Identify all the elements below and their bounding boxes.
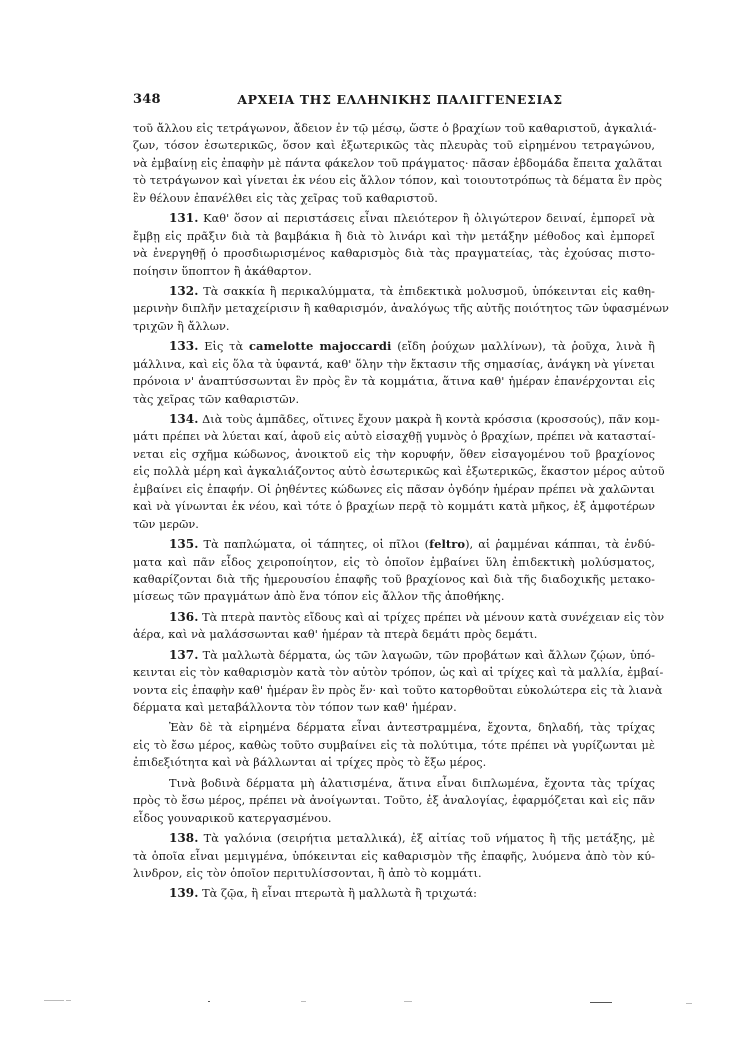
paragraph-number: 138. xyxy=(169,831,198,845)
text-line: ἓν θέλουν ἐπανέλθει εἰς τὰς χεῖρας τοῦ κ… xyxy=(133,190,655,207)
text-line: ματα καὶ πᾶν εἶδος χειροποίητον, εἰς τὸ … xyxy=(133,554,655,571)
text-line: νὰ ἐνεργηθῇ ὁ προσδιωρισμένος καθαρισμὸς… xyxy=(133,245,655,262)
text-line: τοῦ ἄλλου εἰς τετράγωνον, ἄδειον ἐν τῷ μ… xyxy=(133,120,655,137)
text-line: νοντα εἰς ἐπαφὴν καθ' ἡμέραν ἓν πρὸς ἕν·… xyxy=(133,682,655,699)
text-line: τὰς χεῖρας τῶν καθαριστῶν. xyxy=(133,391,655,408)
paragraph-137-continued-2: Τινὰ βοδινὰ δέρματα μὴ ἁλατισμένα, ἅτινα… xyxy=(133,775,655,827)
text-line: ἀέρα, καὶ νὰ μαλάσσωνται καθ' ἡμέραν τὰ … xyxy=(133,626,655,643)
text-line: ζων, τόσον ἐσωτερικῶς, ὅσον καὶ ἐξωτερικ… xyxy=(133,137,655,154)
scanned-page: 348 ΑΡΧΕΙΑ ΤΗΣ ΕΛΛΗΝΙΚΗΣ ΠΑΛΙΓΓΕΝΕΣΙΑΣ τ… xyxy=(0,0,744,1052)
text-line: ἐμβαίνει εἰς ἐπαφήν. Οἱ ῥηθέντες κώδωνες… xyxy=(133,481,655,498)
latin-term: feltro xyxy=(429,537,465,551)
text-line: τριχῶν ἢ ἄλλων. xyxy=(133,318,655,335)
text-line: τὸ τετράγωνον καὶ γίνεται ἐκ νέου εἰς ἄλ… xyxy=(133,172,655,189)
body-text: τοῦ ἄλλου εἰς τετράγωνον, ἄδειον ἐν τῷ μ… xyxy=(133,120,655,903)
page-header: 348 ΑΡΧΕΙΑ ΤΗΣ ΕΛΛΗΝΙΚΗΣ ΠΑΛΙΓΓΕΝΕΣΙΑΣ xyxy=(133,92,655,110)
text-line: ἔμβῃ εἰς πρᾶξιν διὰ τὰ βαμβάκια ἢ διὰ τὸ… xyxy=(133,228,655,245)
text-line: δέρματα καὶ μεταβάλλοντα τὸν τόπον των κ… xyxy=(133,699,655,716)
text-line: 138. Τὰ γαλόνια (σειρήτια μεταλλικά), ἐξ… xyxy=(133,830,655,847)
scan-artifacts xyxy=(0,1000,744,1006)
text-line: 136. Τὰ πτερὰ παντὸς εἴδους καὶ αἱ τρίχε… xyxy=(133,609,655,626)
paragraph-134: 134. Διὰ τοὺς ἀμπᾶδες, οἵτινες ἔχουν μακ… xyxy=(133,411,655,533)
paragraph-137: 137. Τὰ μαλλωτὰ δέρματα, ὡς τῶν λαγωῶν, … xyxy=(133,647,655,717)
text-line: Τινὰ βοδινὰ δέρματα μὴ ἁλατισμένα, ἅτινα… xyxy=(133,775,655,792)
paragraph-135: 135. Τὰ παπλώματα, οἱ τάπητες, οἱ πῖλοι … xyxy=(133,536,655,606)
text-line: 135. Τὰ παπλώματα, οἱ τάπητες, οἱ πῖλοι … xyxy=(133,536,655,553)
text-line: τῶν μερῶν. xyxy=(133,516,655,533)
paragraph-number: 135. xyxy=(169,537,198,551)
text-line: τὰ ὁποῖα εἶναι μεμιγμένα, ὑπόκεινται εἰς… xyxy=(133,848,655,865)
text-line: ἐπιδεξιότητα καὶ νὰ βάλλωνται αἱ τρίχες … xyxy=(133,754,655,771)
paragraph-number: 132. xyxy=(169,284,198,298)
paragraph-number: 134. xyxy=(169,412,198,426)
text-line: εἰς τὸ ἔσω μέρος, καθὼς τοῦτο συμβαίνει … xyxy=(133,737,655,754)
text-line: 134. Διὰ τοὺς ἀμπᾶδες, οἵτινες ἔχουν μακ… xyxy=(133,411,655,428)
running-title: ΑΡΧΕΙΑ ΤΗΣ ΕΛΛΗΝΙΚΗΣ ΠΑΛΙΓΓΕΝΕΣΙΑΣ xyxy=(133,92,655,107)
text-line: Ἐὰν δὲ τὰ εἰρημένα δέρματα εἶναι ἀντεστρ… xyxy=(133,719,655,736)
text-line: ποίησιν ὕποπτον ἢ ἀκάθαρτον. xyxy=(133,263,655,280)
latin-term: camelotte majoccardi xyxy=(249,339,391,353)
text-line: πρόνοια ν' ἀναπτύσσωνται ἓν πρὸς ἓν τὰ κ… xyxy=(133,373,655,390)
paragraph-number: 133. xyxy=(169,339,198,353)
text-line: εἶδος γουναρικοῦ κατεργασμένου. xyxy=(133,810,655,827)
text-line: 133. Εἰς τὰ camelotte majoccardi (εἴδη ῥ… xyxy=(133,338,655,355)
paragraph-132: 132. Τὰ σακκία ἢ περικαλύμματα, τὰ ἐπιδε… xyxy=(133,283,655,335)
text-line: εἰς πολλὰ μέρη καὶ ἀγκαλιάζοντος αὐτὸ ἐσ… xyxy=(133,463,655,480)
paragraph-continuation: τοῦ ἄλλου εἰς τετράγωνον, ἄδειον ἐν τῷ μ… xyxy=(133,120,655,207)
text-line: καὶ νὰ γίνωνται ἐκ νέου, καὶ τότε ὁ βραχ… xyxy=(133,498,655,515)
paragraph-number: 137. xyxy=(169,648,198,662)
text-line: 132. Τὰ σακκία ἢ περικαλύμματα, τὰ ἐπιδε… xyxy=(133,283,655,300)
text-line: καθαρίζονται διὰ τῆς ἡμερουσίου ἐπαφῆς τ… xyxy=(133,571,655,588)
paragraph-138: 138. Τὰ γαλόνια (σειρήτια μεταλλικά), ἐξ… xyxy=(133,830,655,882)
text-line: μάτι πρέπει νὰ λύεται καί, ἀφοῦ εἰς αὐτὸ… xyxy=(133,428,655,445)
paragraph-136: 136. Τὰ πτερὰ παντὸς εἴδους καὶ αἱ τρίχε… xyxy=(133,609,655,644)
paragraph-131: 131. Καθ' ὅσον αἱ περιστάσεις εἶναι πλει… xyxy=(133,210,655,280)
paragraph-139: 139. Τὰ ζῷα, ἢ εἶναι πτερωτὰ ἢ μαλλωτὰ ἢ… xyxy=(133,885,655,902)
text-line: 131. Καθ' ὅσον αἱ περιστάσεις εἶναι πλει… xyxy=(133,210,655,227)
text-line: κεινται εἰς τὸν καθαρισμὸν κατὰ τὸν αὐτὸ… xyxy=(133,664,655,681)
text-line: μερινὴν διπλῆν μεταχείρισιν ἢ καθαρισμόν… xyxy=(133,300,655,317)
text-line: πρὸς τὸ ἔσω μέρος, πρέπει νὰ ἀνοίγωνται.… xyxy=(133,792,655,809)
text-line: νὰ ἐμβαίνῃ εἰς ἐπαφὴν μὲ πάντα φάκελον τ… xyxy=(133,155,655,172)
text-line: 139. Τὰ ζῷα, ἢ εἶναι πτερωτὰ ἢ μαλλωτὰ ἢ… xyxy=(133,885,655,902)
text-line: νεται εἰς σχῆμα κώδωνος, ἀνοικτοῦ εἰς τὴ… xyxy=(133,446,655,463)
paragraph-number: 139. xyxy=(169,886,198,900)
paragraph-number: 131. xyxy=(169,211,198,225)
paragraph-number: 136. xyxy=(169,610,198,624)
paragraph-137-continued: Ἐὰν δὲ τὰ εἰρημένα δέρματα εἶναι ἀντεστρ… xyxy=(133,719,655,771)
text-line: μάλλινα, καὶ εἰς ὅλα τὰ ὑφαντά, καθ' ὅλη… xyxy=(133,356,655,373)
text-line: λινδρον, εἰς τὸν ὁποῖον περιτυλίσσονται,… xyxy=(133,865,655,882)
text-line: 137. Τὰ μαλλωτὰ δέρματα, ὡς τῶν λαγωῶν, … xyxy=(133,647,655,664)
paragraph-133: 133. Εἰς τὰ camelotte majoccardi (εἴδη ῥ… xyxy=(133,338,655,408)
text-line: μίσεως τῶν πραγμάτων ἀπὸ ἕνα τόπον εἰς ἄ… xyxy=(133,588,655,605)
